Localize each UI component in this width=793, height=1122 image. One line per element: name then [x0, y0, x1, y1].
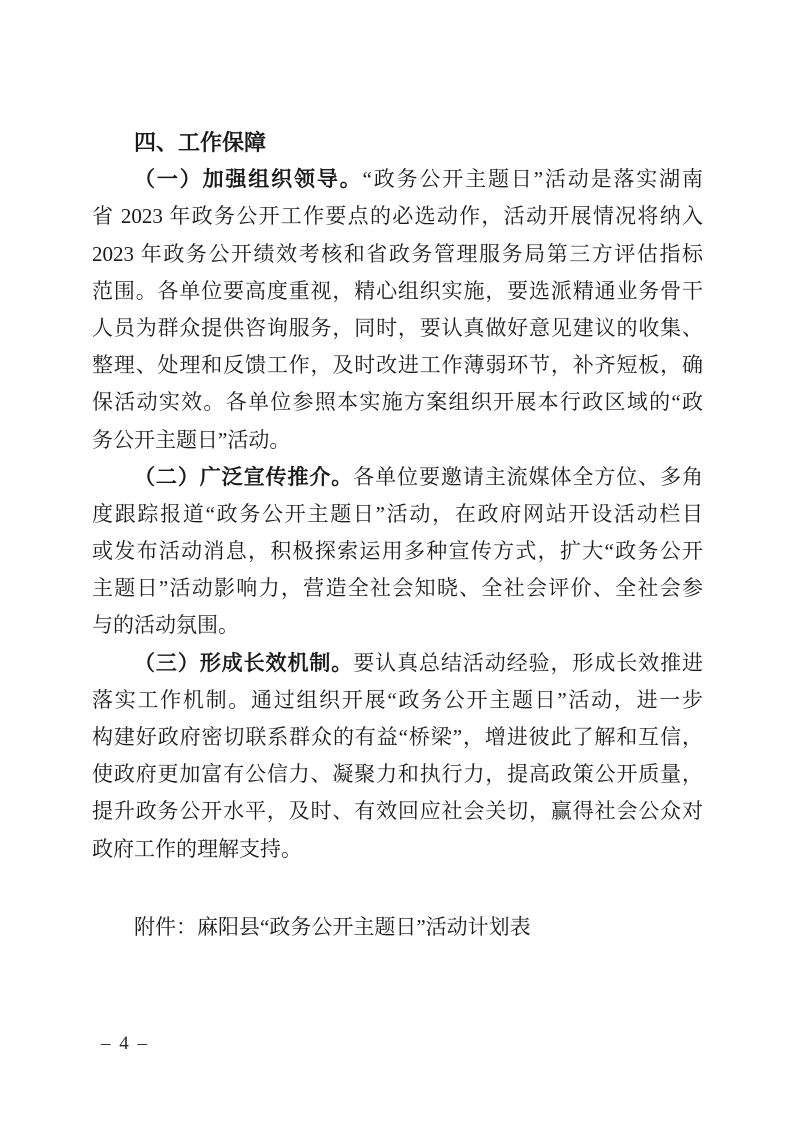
paragraphs: （一）加强组织领导。“政务公开主题日”活动是落实湖南省 2023 年政务公开工作… — [92, 161, 703, 868]
body-text: 与的活动氛围。 — [92, 613, 239, 637]
body-text: 省 2023 年政务公开工作要点的必选动作，活动开展情况将纳入 — [92, 204, 703, 228]
text-line: 保活动实效。各单位参照本实施方案组织开展本行政区域的“政 — [92, 384, 703, 421]
body-text: 要认真总结活动经验，形成长效推进 — [353, 651, 703, 675]
body-text: 使政府更加富有公信力、凝聚力和执行力，提高政策公开质量， — [92, 762, 703, 786]
paragraph: （二）广泛宣传推介。各单位要邀请主流媒体全方位、多角度跟踪报道“政务公开主题日”… — [92, 459, 703, 645]
text-line: （三）形成长效机制。要认真总结活动经验，形成长效推进 — [92, 645, 703, 682]
text-line: 构建好政府密切联系群众的有益“桥梁”，增进彼此了解和互信， — [92, 719, 703, 756]
text-line: 度跟踪报道“政务公开主题日”活动，在政府网站开设活动栏目 — [92, 496, 703, 533]
paragraph: （一）加强组织领导。“政务公开主题日”活动是落实湖南省 2023 年政务公开工作… — [92, 161, 703, 459]
text-line: 人员为群众提供咨询服务，同时，要认真做好意见建议的收集、 — [92, 310, 703, 347]
body-text: 提升政务公开水平，及时、有效回应社会关切，赢得社会公众对 — [92, 799, 703, 823]
body-text: 范围。各单位要高度重视，精心组织实施，要选派精通业务骨干 — [92, 279, 703, 303]
body-text: 整理、处理和反馈工作，及时改进工作薄弱环节，补齐短板，确 — [92, 353, 703, 377]
text-line: 整理、处理和反馈工作，及时改进工作薄弱环节，补齐短板，确 — [92, 347, 703, 384]
page-number: – 4 – — [101, 1032, 149, 1056]
body-text: 保活动实效。各单位参照本实施方案组织开展本行政区域的“政 — [92, 390, 703, 414]
body-text: 务公开主题日”活动。 — [92, 428, 290, 452]
text-line: 政府工作的理解支持。 — [92, 831, 703, 868]
text-line: 使政府更加富有公信力、凝聚力和执行力，提高政策公开质量， — [92, 756, 703, 793]
body-text: 或发布活动消息，积极探索运用多种宣传方式，扩大“政务公开 — [92, 539, 703, 563]
body-text: 2023 年政务公开绩效考核和省政务管理服务局第三方评估指标 — [92, 242, 703, 266]
body-text: 落实工作机制。通过组织开展“政务公开主题日”活动，进一步 — [92, 688, 703, 712]
section-lead-bold: （一）加强组织领导。 — [134, 167, 363, 191]
section-lead-bold: （三）形成长效机制。 — [134, 651, 353, 675]
body-text: 政府工作的理解支持。 — [92, 837, 302, 861]
body-text: 主题日”活动影响力，营造全社会知晓、全社会评价、全社会参 — [92, 576, 703, 600]
document-content: 四、工作保障 （一）加强组织领导。“政务公开主题日”活动是落实湖南省 2023 … — [92, 124, 703, 946]
text-line: 2023 年政务公开绩效考核和省政务管理服务局第三方评估指标 — [92, 236, 703, 273]
section-lead-bold: （二）广泛宣传推介。 — [134, 465, 353, 489]
body-text: 度跟踪报道“政务公开主题日”活动，在政府网站开设活动栏目 — [92, 502, 703, 526]
text-line: （二）广泛宣传推介。各单位要邀请主流媒体全方位、多角 — [92, 459, 703, 496]
body-text: “政务公开主题日”活动是落实湖南 — [363, 167, 703, 191]
text-line: 范围。各单位要高度重视，精心组织实施，要选派精通业务骨干 — [92, 273, 703, 310]
paragraph: （三）形成长效机制。要认真总结活动经验，形成长效推进落实工作机制。通过组织开展“… — [92, 645, 703, 868]
text-line: 省 2023 年政务公开工作要点的必选动作，活动开展情况将纳入 — [92, 198, 703, 235]
text-line: 务公开主题日”活动。 — [92, 422, 703, 459]
text-line: 落实工作机制。通过组织开展“政务公开主题日”活动，进一步 — [92, 682, 703, 719]
text-line: 提升政务公开水平，及时、有效回应社会关切，赢得社会公众对 — [92, 793, 703, 830]
body-text: 人员为群众提供咨询服务，同时，要认真做好意见建议的收集、 — [92, 316, 703, 340]
body-text: 各单位要邀请主流媒体全方位、多角 — [353, 465, 703, 489]
body-text: 构建好政府密切联系群众的有益“桥梁”，增进彼此了解和互信， — [92, 725, 703, 749]
section-heading: 四、工作保障 — [92, 124, 703, 161]
attachment-line: 附件：麻阳县“政务公开主题日”活动计划表 — [92, 909, 703, 946]
text-line: （一）加强组织领导。“政务公开主题日”活动是落实湖南 — [92, 161, 703, 198]
text-line: 或发布活动消息，积极探索运用多种宣传方式，扩大“政务公开 — [92, 533, 703, 570]
text-line: 主题日”活动影响力，营造全社会知晓、全社会评价、全社会参 — [92, 570, 703, 607]
text-line: 与的活动氛围。 — [92, 607, 703, 644]
document-page: 四、工作保障 （一）加强组织领导。“政务公开主题日”活动是落实湖南省 2023 … — [0, 0, 793, 1122]
